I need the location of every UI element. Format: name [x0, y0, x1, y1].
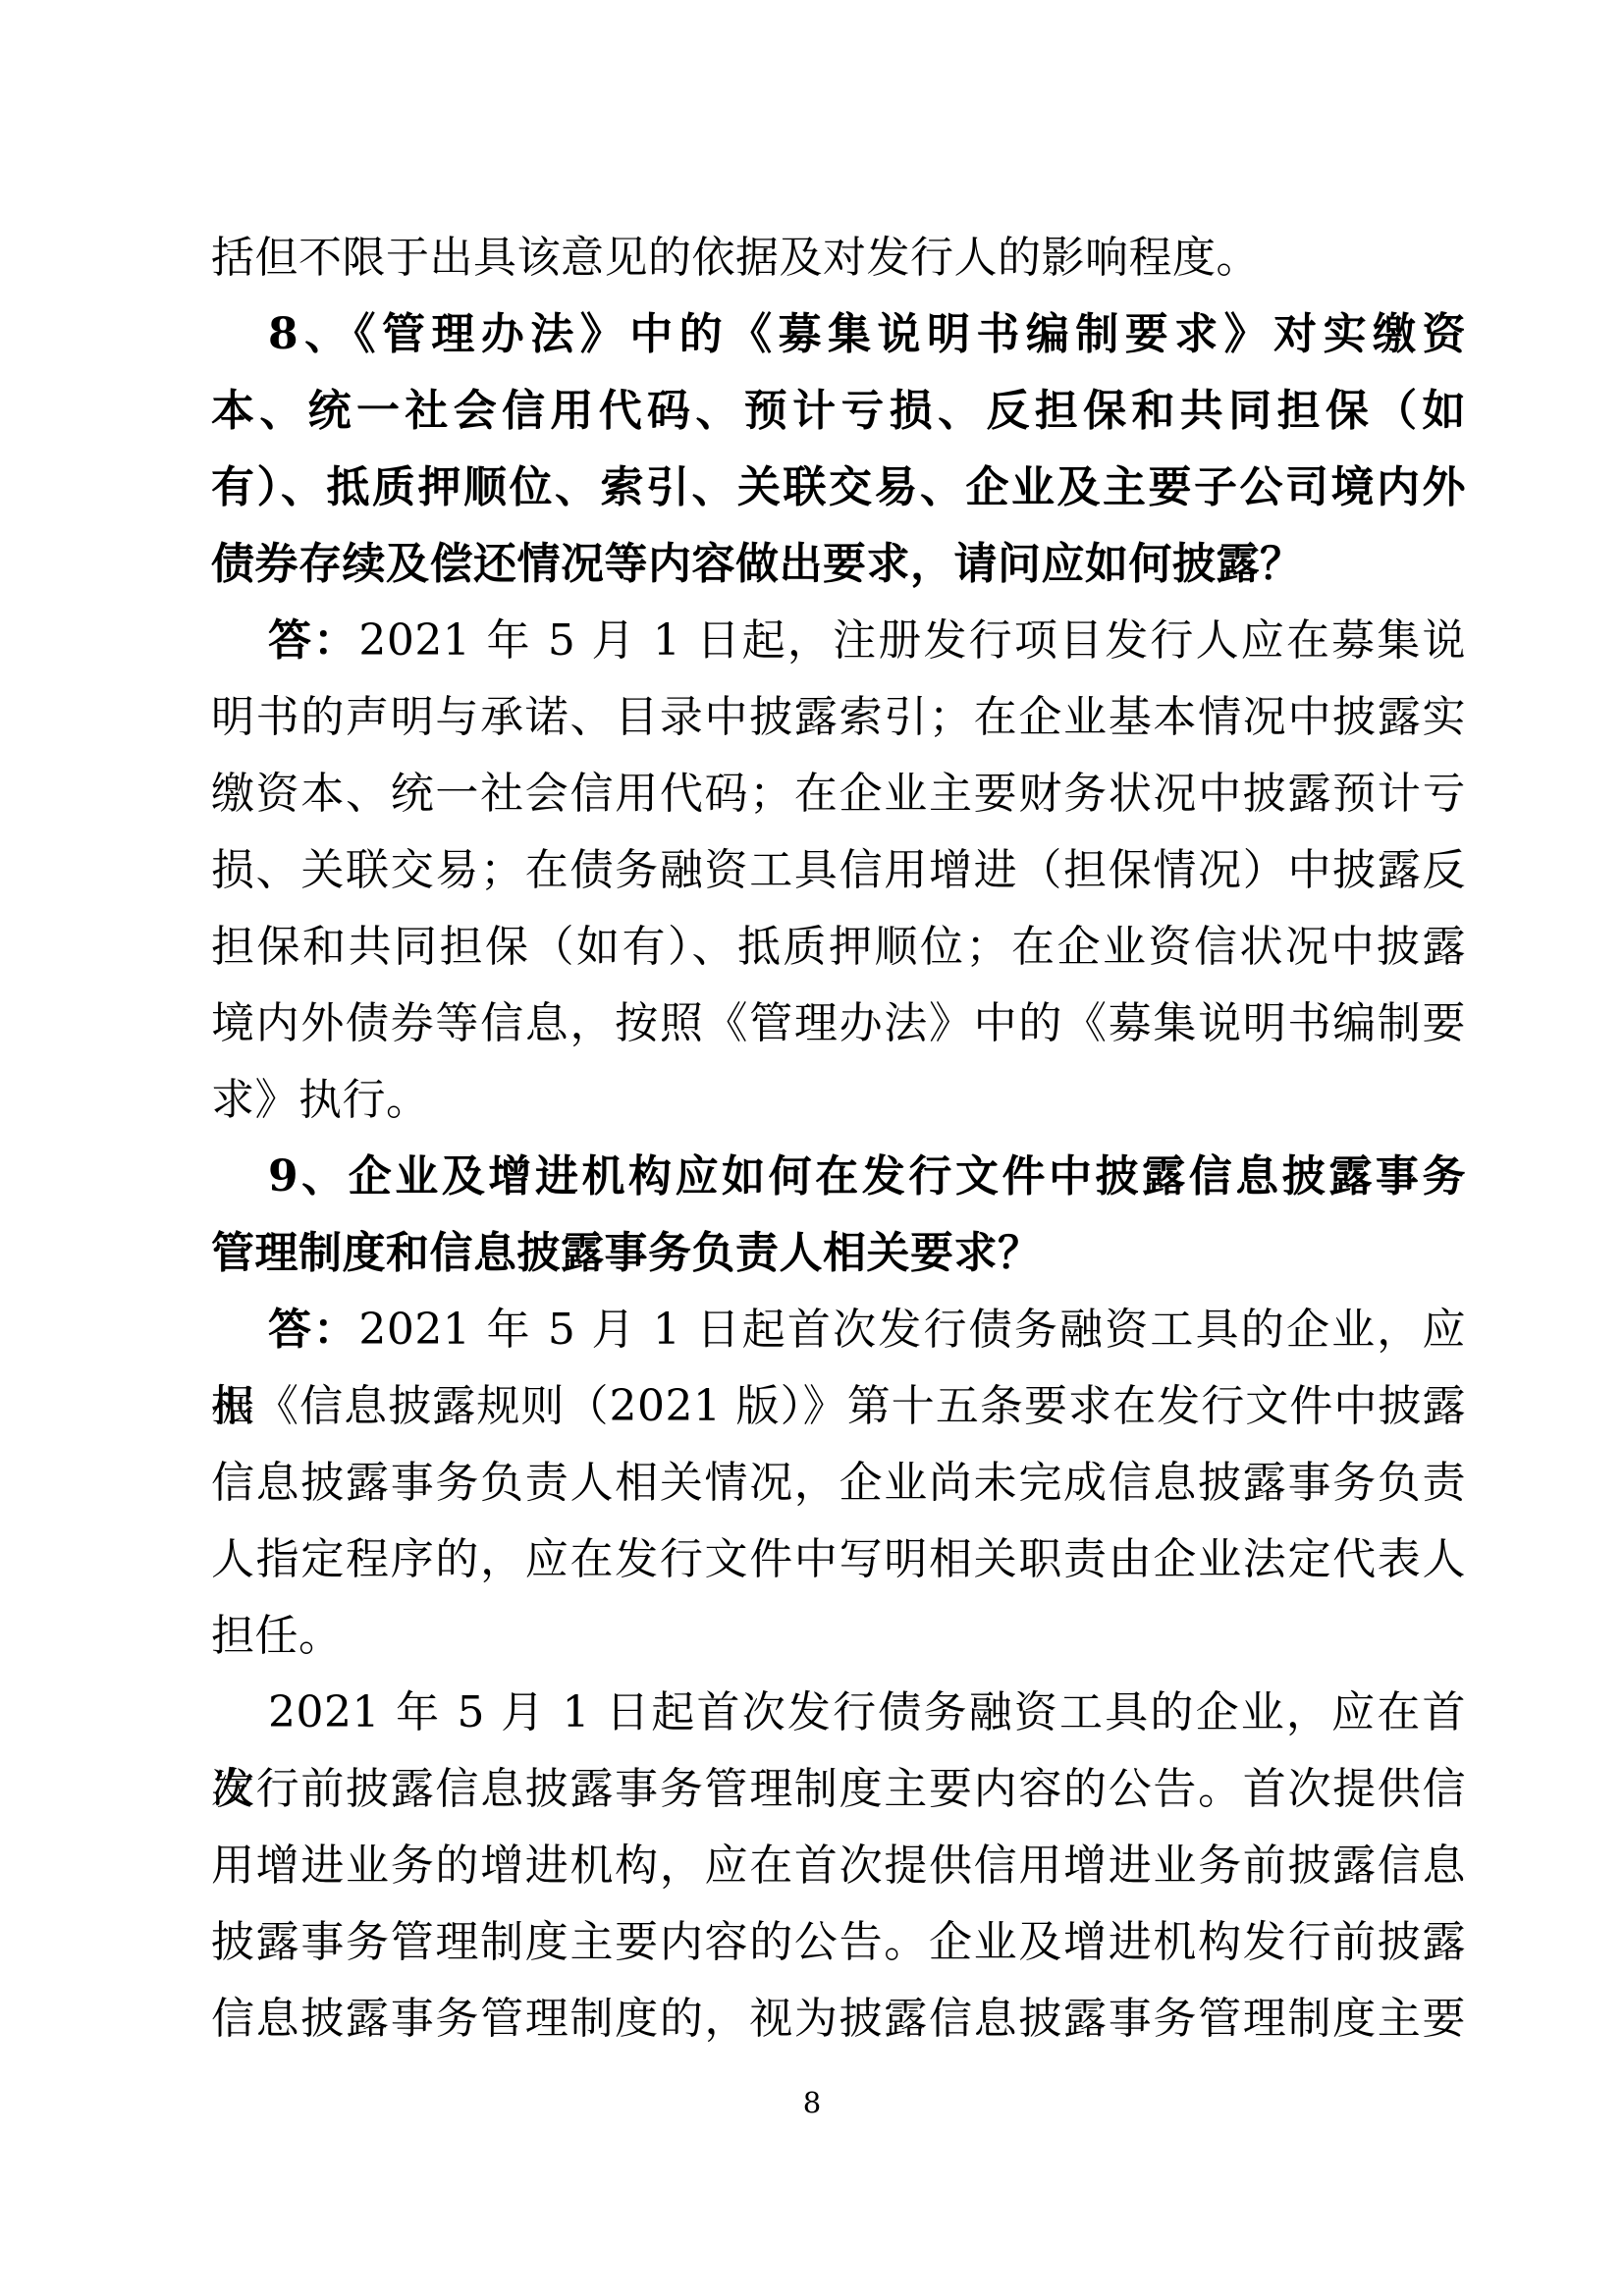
answer-8-line-5: 担保和共同担保（如有）、抵质押顺位；在企业资信状况中披露 — [211, 909, 1466, 986]
answer-8-line-1-text: 2021 年 5 月 1 日起，注册发行项目发行人应在募集说 — [358, 615, 1466, 666]
answer-8-line-2: 明书的声明与承诺、目录中披露索引；在企业基本情况中披露实 — [211, 679, 1466, 756]
answer-8-line-4: 损、关联交易；在债务融资工具信用增进（担保情况）中披露反 — [211, 832, 1466, 909]
answer-8-line-3: 缴资本、统一社会信用代码；在企业主要财务状况中披露预计亏 — [211, 756, 1466, 832]
document-body: 括但不限于出具该意见的依据及对发行人的影响程度。 8、《管理办法》中的《募集说明… — [211, 220, 1466, 2057]
document-page: 括但不限于出具该意见的依据及对发行人的影响程度。 8、《管理办法》中的《募集说明… — [0, 0, 1624, 2296]
answer-prefix-label: 答： — [268, 615, 358, 666]
answer-8-line-1: 答：2021 年 5 月 1 日起，注册发行项目发行人应在募集说 — [211, 603, 1466, 679]
question-9-heading-line-1: 9、企业及增进机构应如何在发行文件中披露信息披露事务 — [211, 1139, 1466, 1215]
answer-9-paragraph-2-line-5: 信息披露事务管理制度的，视为披露信息披露事务管理制度主要 — [211, 1981, 1466, 2057]
answer-9-paragraph-2-line-4: 披露事务管理制度主要内容的公告。企业及增进机构发行前披露 — [211, 1904, 1466, 1981]
answer-9-line-5: 担任。 — [211, 1598, 1466, 1675]
answer-8-line-7: 求》执行。 — [211, 1062, 1466, 1139]
page-number: 8 — [0, 2083, 1624, 2122]
question-8-heading-line-1: 8、《管理办法》中的《募集说明书编制要求》对实缴资 — [211, 296, 1466, 373]
answer-9-line-3: 信息披露事务负责人相关情况，企业尚未完成信息披露事务负责 — [211, 1445, 1466, 1522]
answer-9-line-4: 人指定程序的，应在发行文件中写明相关职责由企业法定代表人 — [211, 1522, 1466, 1598]
answer-9-line-2: 据《信息披露规则（2021 版）》第十五条要求在发行文件中披露 — [211, 1368, 1466, 1445]
answer-9-paragraph-2-line-2: 发行前披露信息披露事务管理制度主要内容的公告。首次提供信 — [211, 1751, 1466, 1828]
answer-9-line-1: 答：2021 年 5 月 1 日起首次发行债务融资工具的企业，应根 — [211, 1292, 1466, 1368]
question-8-heading-line-2: 本、统一社会信用代码、预计亏损、反担保和共同担保（如 — [211, 373, 1466, 450]
answer-9-paragraph-2-line-3: 用增进业务的增进机构，应在首次提供信用增进业务前披露信息 — [211, 1828, 1466, 1904]
question-9-heading-line-2: 管理制度和信息披露事务负责人相关要求？ — [211, 1215, 1466, 1292]
answer-9-paragraph-2-line-1: 2021 年 5 月 1 日起首次发行债务融资工具的企业，应在首次 — [211, 1675, 1466, 1751]
answer-prefix-label: 答： — [268, 1305, 358, 1355]
question-8-heading-line-4: 债券存续及偿还情况等内容做出要求，请问应如何披露？ — [211, 526, 1466, 603]
answer-8-line-6: 境内外债券等信息，按照《管理办法》中的《募集说明书编制要 — [211, 986, 1466, 1062]
question-8-heading-line-3: 有）、抵质押顺位、索引、关联交易、企业及主要子公司境内外 — [211, 450, 1466, 526]
continuation-paragraph-line: 括但不限于出具该意见的依据及对发行人的影响程度。 — [211, 220, 1466, 296]
